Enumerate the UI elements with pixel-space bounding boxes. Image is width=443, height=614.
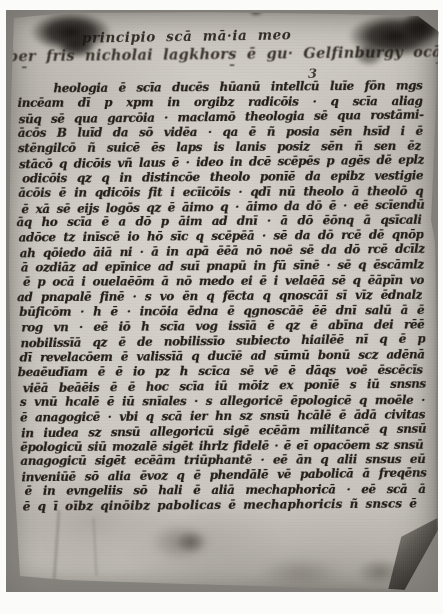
manuscript-line: ē q ī oībz qinōibz pabolicas ē mechaphor… [21, 497, 426, 515]
ink-spec-top-edge [248, 3, 264, 17]
manuscript-text-block: heologia ē scīa ducēs hūanū intellcū luī… [17, 78, 425, 514]
ink-blotch-top-right-corner [400, 10, 443, 42]
invocation-line: principio scā mā·ia meo [82, 27, 292, 46]
photo-frame: principio scā mā·ia meo ber fris nichola… [0, 0, 443, 614]
manuscript-text-layer: principio scā mā·ia meo ber fris nichola… [6, 10, 438, 592]
manuscript-page: principio scā mā·ia meo ber fris nichola… [6, 10, 438, 592]
ink-blotch-top-right-tail [354, 44, 384, 66]
ink-blotch-top-left-tail [58, 36, 96, 58]
manuscript-photo: principio scā mā·ia meo ber fris nichola… [6, 10, 438, 592]
